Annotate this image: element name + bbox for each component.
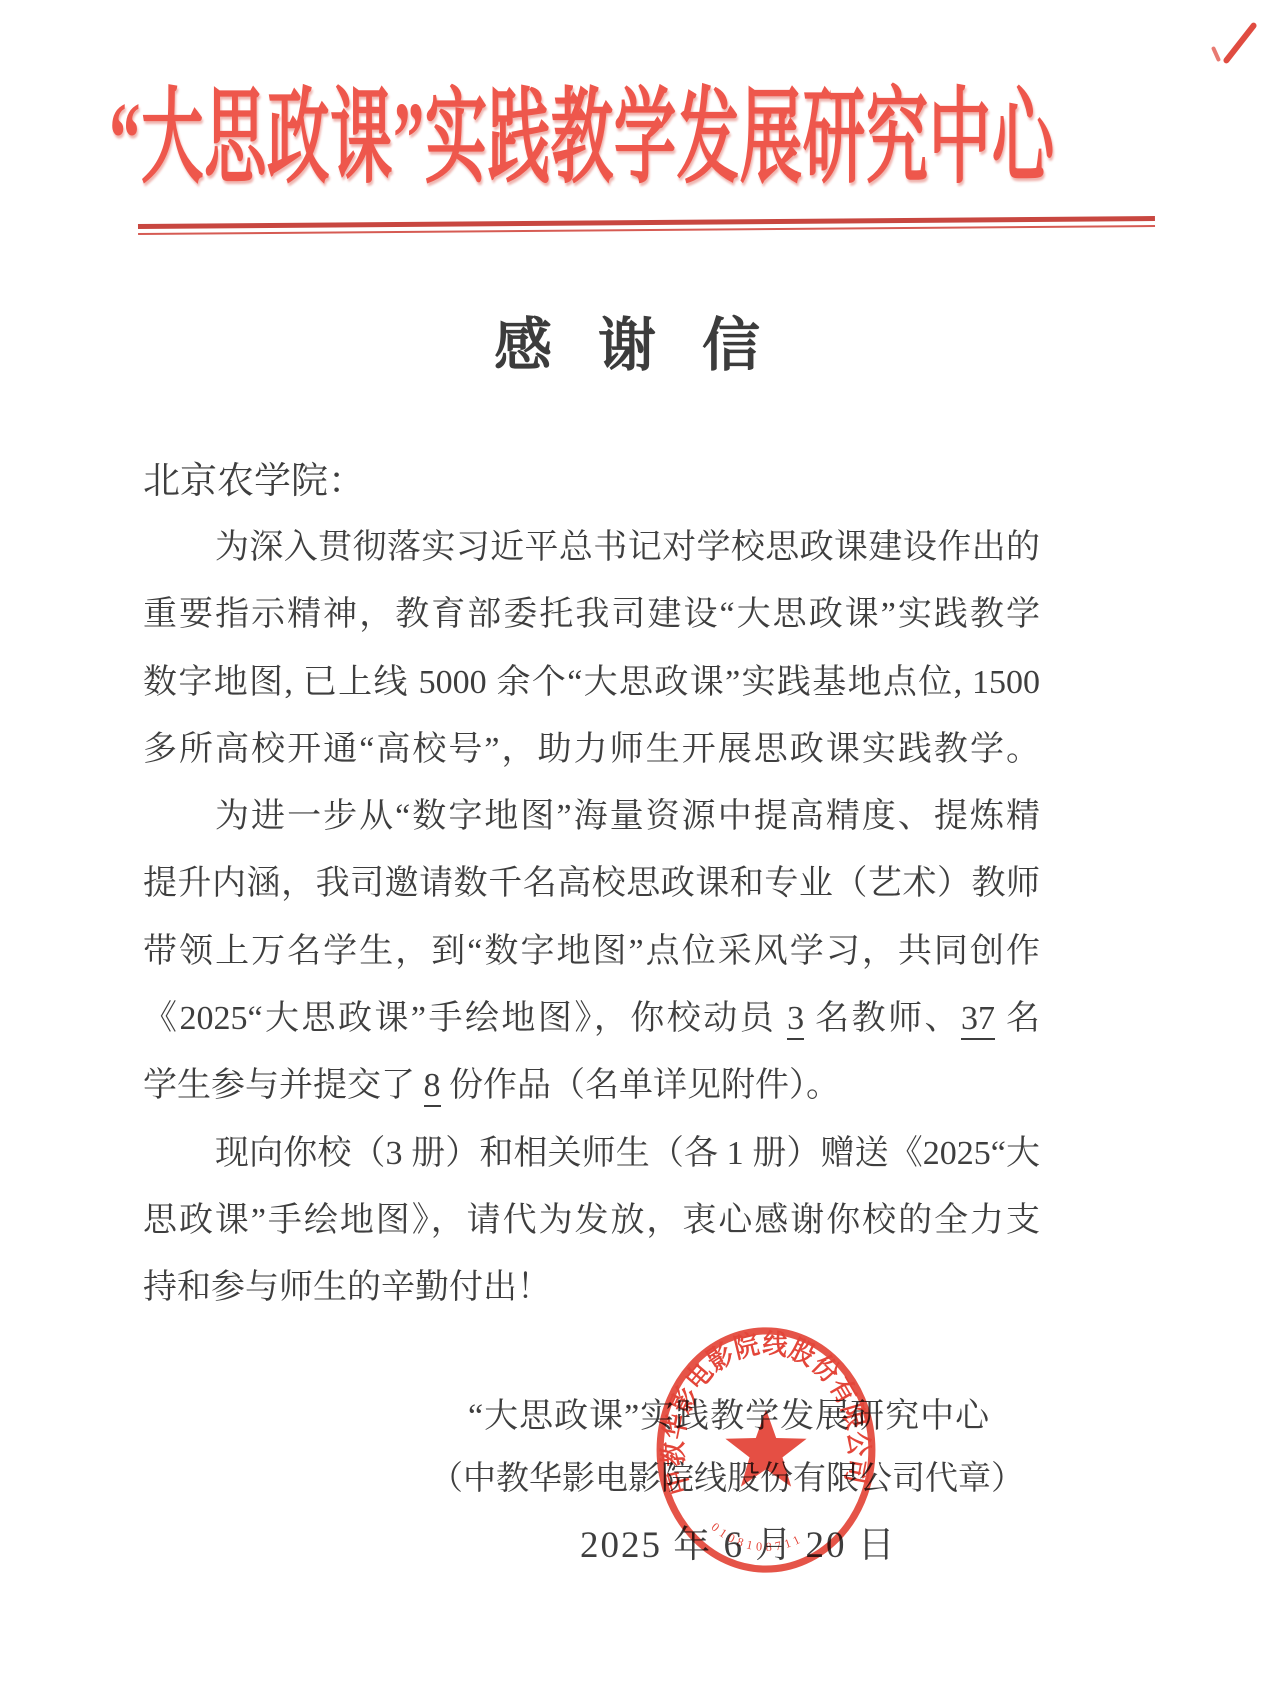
official-seal: 中教华影电影院线股份有限公司 0108108711: [653, 1323, 879, 1577]
body-text-segment: 为进一步从“数字地图”海量资源中提高精度、提炼精品、: [143, 798, 1040, 850]
body-text-segment: 名教师、: [804, 1000, 961, 1037]
body-line: 思政课”手绘地图》，请代为发放，衷心感谢你校的全力支: [143, 1187, 1040, 1254]
body-text-segment: 名: [995, 1000, 1040, 1037]
body-text-segment: 持和参与师生的辛勤付出！: [143, 1269, 551, 1306]
header-rule: [138, 216, 1155, 235]
letter-page: “大思政课”实践教学发展研究中心 感谢信 北京农学院： 为深入贯彻落实习近平总书…: [0, 0, 1280, 1707]
scan-artifact-mark-small: [1211, 46, 1221, 62]
body-line: 学生参与并提交了 8 份作品（名单详见附件）。: [143, 1052, 1040, 1119]
body-line: 带领上万名学生，到“数字地图”点位采风学习，共同创作: [143, 918, 1040, 985]
seal-serial-number: 0108108711: [709, 1520, 806, 1554]
body-line: 为进一步从“数字地图”海量资源中提高精度、提炼精品、: [143, 783, 1040, 850]
body-text-segment: 数字地图, 已上线 5000 余个“大思政课”实践基地点位, 1500: [143, 664, 1040, 701]
body-line: 为深入贯彻落实习近平总书记对学校思政课建设作出的: [143, 514, 1040, 581]
underlined-number: 3: [787, 1000, 804, 1040]
official-seal-svg: 中教华影电影院线股份有限公司 0108108711: [653, 1323, 879, 1577]
star-icon: [725, 1409, 806, 1486]
body-text-segment: 重要指示精神，教育部委托我司建设“大思政课”实践教学: [143, 596, 1040, 633]
salutation: 北京农学院：: [143, 450, 365, 504]
body-line: 多所高校开通“高校号”，助力师生开展思政课实践教学。: [143, 716, 1040, 783]
body-line: 《2025“大思政课”手绘地图》，你校动员 3 名教师、37 名: [143, 985, 1040, 1052]
scan-artifact-mark: [1222, 21, 1258, 64]
body-line: 现向你校（3 册）和相关师生（各 1 册）赠送《2025“大: [143, 1120, 1040, 1187]
body-text-segment: 为深入贯彻落实习近平总书记对学校思政课建设作出的: [215, 529, 1040, 566]
body-text-segment: 带领上万名学生，到“数字地图”点位采风学习，共同创作: [143, 933, 1040, 970]
body-text-segment: 思政课”手绘地图》，请代为发放，衷心感谢你校的全力支: [143, 1202, 1040, 1239]
letterhead-title: “大思政课”实践教学发展研究中心: [109, 84, 1055, 193]
underlined-number: 8: [424, 1067, 441, 1107]
body-text-segment: 现向你校（3 册）和相关师生（各 1 册）赠送《2025“大: [215, 1135, 1040, 1172]
body-text-segment: 《2025“大思政课”手绘地图》，你校动员: [143, 1000, 787, 1037]
body-text-segment: 提升内涵，我司邀请数千名高校思政课和专业（艺术）教师: [143, 865, 1040, 902]
body-line: 提升内涵，我司邀请数千名高校思政课和专业（艺术）教师: [143, 850, 1040, 917]
underlined-number: 37: [961, 1000, 995, 1040]
body-line: 持和参与师生的辛勤付出！: [143, 1254, 1040, 1321]
body-text-segment: 学生参与并提交了: [143, 1067, 424, 1104]
body-line: 数字地图, 已上线 5000 余个“大思政课”实践基地点位, 1500: [143, 649, 1040, 716]
body-text-segment: 份作品（名单详见附件）。: [441, 1067, 841, 1104]
body-text-segment: 多所高校开通“高校号”，助力师生开展思政课实践教学。: [143, 731, 1040, 768]
letter-title: 感谢信: [494, 298, 806, 382]
body-paragraphs: 为深入贯彻落实习近平总书记对学校思政课建设作出的重要指示精神，教育部委托我司建设…: [143, 514, 1040, 1322]
body-line: 重要指示精神，教育部委托我司建设“大思政课”实践教学: [143, 581, 1040, 648]
